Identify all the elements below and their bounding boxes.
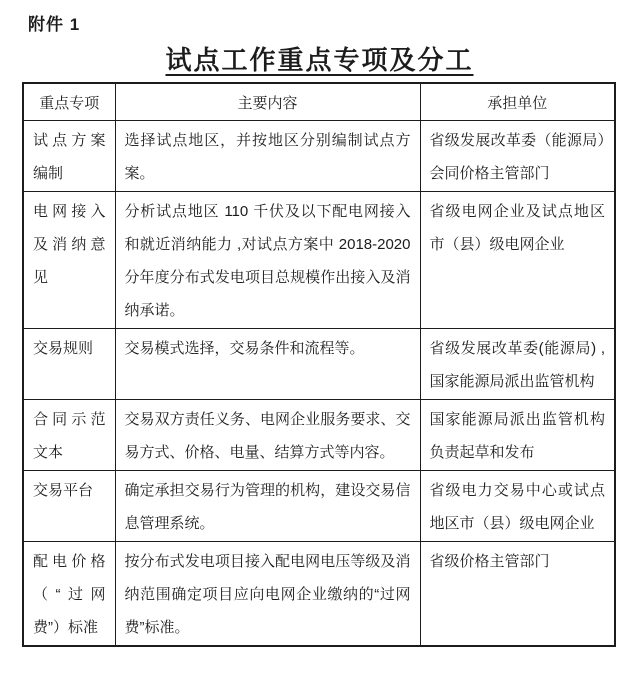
project-cell: 交易平台 (23, 471, 115, 542)
project-cell: 试点方案编制 (23, 121, 115, 192)
attachment-label: 附件 1 (28, 10, 80, 35)
content-cell: 交易模式选择，交易条件和流程等。 (115, 329, 420, 400)
assignments-table: 重点专项 主要内容 承担单位 试点方案编制 选择试点地区，并按地区分别编制试点方… (22, 82, 616, 647)
column-header-unit: 承担单位 (420, 83, 615, 121)
table-row: 合同示范文本 交易双方责任义务、电网企业服务要求、交易方式、价格、电量、结算方式… (23, 400, 615, 471)
project-cell: 合同示范文本 (23, 400, 115, 471)
content-cell: 按分布式发电项目接入配电网电压等级及消纳范围确定项目应向电网企业缴纳的“过网费”… (115, 542, 420, 647)
page-title: 试点工作重点专项及分工 (0, 40, 639, 77)
table-row: 配电价格（“过网费”）标准 按分布式发电项目接入配电网电压等级及消纳范围确定项目… (23, 542, 615, 647)
content-cell: 交易双方责任义务、电网企业服务要求、交易方式、价格、电量、结算方式等内容。 (115, 400, 420, 471)
column-header-content: 主要内容 (115, 83, 420, 121)
table-body: 试点方案编制 选择试点地区，并按地区分别编制试点方案。 省级发展改革委（能源局）… (23, 121, 615, 647)
project-cell: 电网接入及消纳意见 (23, 192, 115, 329)
table-row: 电网接入及消纳意见 分析试点地区 110 千伏及以下配电网接入和就近消纳能力 ,… (23, 192, 615, 329)
unit-cell: 省级发展改革委（能源局）会同价格主管部门 (420, 121, 615, 192)
content-cell: 分析试点地区 110 千伏及以下配电网接入和就近消纳能力 ,对试点方案中 201… (115, 192, 420, 329)
unit-cell: 省级电力交易中心或试点地区市（县）级电网企业 (420, 471, 615, 542)
table-header: 重点专项 主要内容 承担单位 (23, 83, 615, 121)
unit-cell: 省级价格主管部门 (420, 542, 615, 647)
content-cell: 选择试点地区，并按地区分别编制试点方案。 (115, 121, 420, 192)
table-row: 交易平台 确定承担交易行为管理的机构，建设交易信息管理系统。 省级电力交易中心或… (23, 471, 615, 542)
table-row: 交易规则 交易模式选择，交易条件和流程等。 省级发展改革委(能源局) ,国家能源… (23, 329, 615, 400)
project-cell: 交易规则 (23, 329, 115, 400)
project-cell: 配电价格（“过网费”）标准 (23, 542, 115, 647)
table-row: 试点方案编制 选择试点地区，并按地区分别编制试点方案。 省级发展改革委（能源局）… (23, 121, 615, 192)
unit-cell: 国家能源局派出监管机构负责起草和发布 (420, 400, 615, 471)
document-page: 附件 1 试点工作重点专项及分工 重点专项 主要内容 承担单位 试点方案编制 选… (0, 0, 639, 694)
unit-cell: 省级发展改革委(能源局) ,国家能源局派出监管机构 (420, 329, 615, 400)
header-row: 重点专项 主要内容 承担单位 (23, 83, 615, 121)
content-cell: 确定承担交易行为管理的机构，建设交易信息管理系统。 (115, 471, 420, 542)
column-header-project: 重点专项 (23, 83, 115, 121)
unit-cell: 省级电网企业及试点地区市（县）级电网企业 (420, 192, 615, 329)
